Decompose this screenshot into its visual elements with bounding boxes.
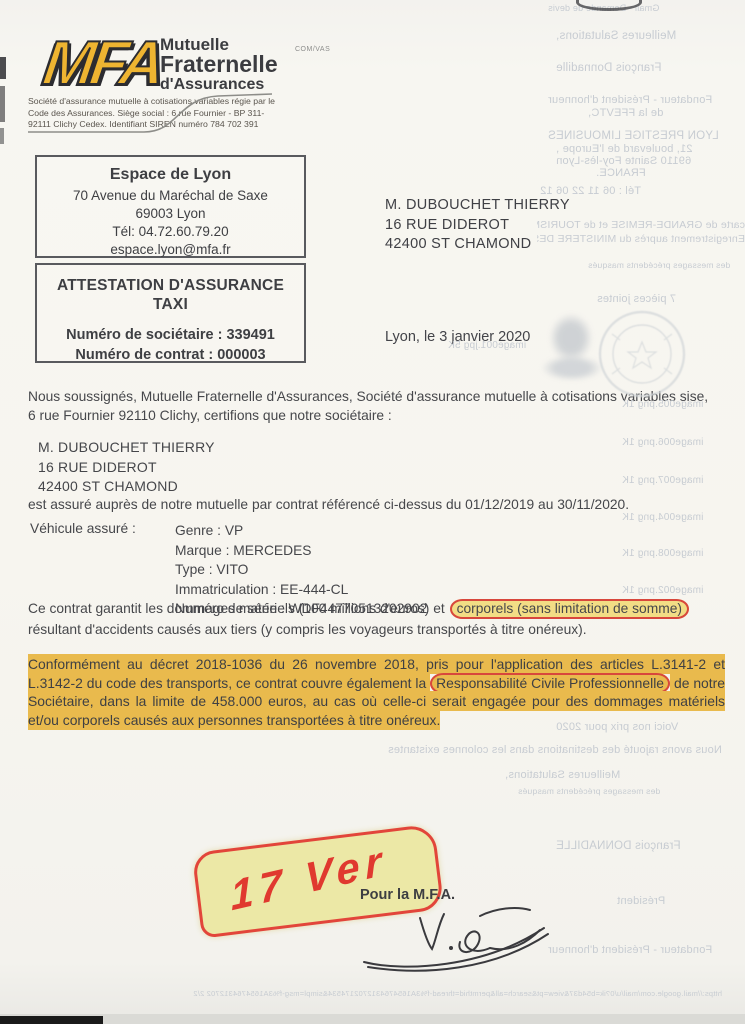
corner-code: COM/VAS	[295, 46, 330, 53]
guarantee-paragraph-line2: résultant d'accidents causés aux tiers (…	[28, 622, 734, 637]
scan-artifact-edge-mark	[0, 86, 5, 122]
bleedthrough-text: Meilleures Salutations,	[505, 769, 620, 781]
bleedthrough-text: image002.png 1K	[622, 585, 703, 596]
guarantee-highlight-circled: corporels (sans limitation de somme)	[450, 599, 689, 619]
bleedthrough-text: image008.png 1K	[622, 548, 703, 559]
attestation-title-line2: TAXI	[37, 295, 304, 314]
scan-artifact-edge-mark	[0, 57, 6, 79]
agency-title: Espace de Lyon	[37, 166, 304, 184]
bleedthrough-text: image007.png 1K	[622, 475, 703, 486]
bleedthrough-text: image001.jpg 5K	[448, 340, 526, 351]
vehicle-immatriculation: Immatriculation : EE-444-CL	[175, 580, 427, 600]
portrait-bleedthrough	[541, 313, 603, 383]
scanned-attestation-page: MFA Mutuelle Fraternelle d'Assurances CO…	[0, 0, 745, 1024]
bleedthrough-text: 69110 Sainte Foy-lès-Lyon	[556, 155, 691, 167]
bleedthrough-text: carte de GRANDE-REMISE et de TOURISME n°…	[537, 219, 745, 231]
bleedthrough-text: Voici nos prix pour 2020	[556, 721, 678, 733]
bleedthrough-text: de la FFEVTC,	[588, 107, 663, 119]
bleedthrough-text: des messages précédents masqués	[588, 260, 730, 270]
bleedthrough-text: Nous avons rajouté des destinations dans…	[388, 744, 722, 756]
stamp-bleedthrough	[596, 308, 688, 400]
bleedthrough-text: 7 pièces jointes	[597, 293, 676, 305]
attestation-title-line1: ATTESTATION D'ASSURANCE	[37, 276, 304, 295]
vehicle-marque: Marque : MERCEDES	[175, 541, 427, 561]
signature-scribble	[362, 898, 557, 976]
swoosh-line	[26, 88, 276, 140]
insured-line: 42400 ST CHAMOND	[38, 477, 215, 497]
bleedthrough-text: image004.png 1K	[622, 512, 703, 523]
recipient-line: M. DUBOUCHET THIERRY	[385, 196, 570, 216]
agency-email: espace.lyon@mfa.fr	[37, 241, 304, 259]
bleedthrough-text: 21, boulevard de l'Europe ,	[556, 143, 693, 155]
bleedthrough-text: François Donnadille	[556, 62, 661, 74]
vehicle-label: Véhicule assuré :	[30, 521, 136, 536]
attestation-box: ATTESTATION D'ASSURANCE TAXI Numéro de s…	[35, 263, 306, 363]
vehicle-genre: Genre : VP	[175, 521, 427, 541]
bleedthrough-text: image006.png 1K	[622, 437, 703, 448]
decree-paragraph: Conformément au décret 2018-1036 du 26 n…	[28, 655, 725, 730]
scan-artifact-bottom-strip	[0, 1016, 103, 1024]
agency-address-line: 70 Avenue du Maréchal de Saxe	[37, 187, 304, 205]
bleedthrough-text: Fondateur - Président d'honneur	[548, 944, 712, 956]
insurance-period-line: est assuré auprès de notre mutuelle par …	[28, 497, 629, 512]
guarantee-text: Ce contrat garantit les dommages matérie…	[28, 601, 449, 616]
bleedthrough-text: FRANCE.	[596, 167, 646, 179]
bleedthrough-text: Enregistrement auprès du MINISTERE DES T…	[537, 233, 745, 245]
bleedthrough-text: François DONNADILLE	[556, 840, 681, 852]
agency-phone: Tél: 04.72.60.79.20	[37, 223, 304, 241]
bleedthrough-text: Meilleures Salutations,	[556, 30, 676, 42]
bleedthrough-text: image005.png 1K	[622, 399, 703, 410]
bleedthrough-text: Fondateur - Président d'honneur	[548, 94, 712, 106]
member-number: Numéro de sociétaire : 339491	[37, 325, 304, 345]
agency-address-line: 69003 Lyon	[37, 205, 304, 223]
vehicle-type: Type : VITO	[175, 560, 427, 580]
insured-line: M. DUBOUCHET THIERRY	[38, 438, 215, 458]
guarantee-paragraph-line1: Ce contrat garantit les dommages matérie…	[28, 601, 734, 616]
agency-box: Espace de Lyon 70 Avenue du Maréchal de …	[35, 155, 306, 258]
brand-name: Mutuelle Fraternelle d'Assurances	[160, 36, 278, 93]
scan-artifact-edge-mark	[0, 128, 4, 144]
brand-line: Fraternelle	[160, 53, 278, 76]
insured-address: M. DUBOUCHET THIERRY 16 RUE DIDEROT 4240…	[38, 438, 215, 497]
bleedthrough-footer: https://mail.google.com/mail/u/0?ik=b54d…	[62, 989, 722, 998]
bleedthrough-text: des messages précédents masqués	[518, 786, 660, 796]
bleedthrough-text: Tél : 06 11 22 06 12	[540, 185, 641, 197]
insured-line: 16 RUE DIDEROT	[38, 458, 215, 478]
bleedthrough-text: Président	[617, 895, 665, 907]
bleedthrough-text: LYON PRESTIGE LIMOUSINES	[548, 130, 719, 142]
scan-artifact-bottom-band	[0, 1014, 745, 1024]
contract-number: Numéro de contrat : 000003	[37, 345, 304, 365]
